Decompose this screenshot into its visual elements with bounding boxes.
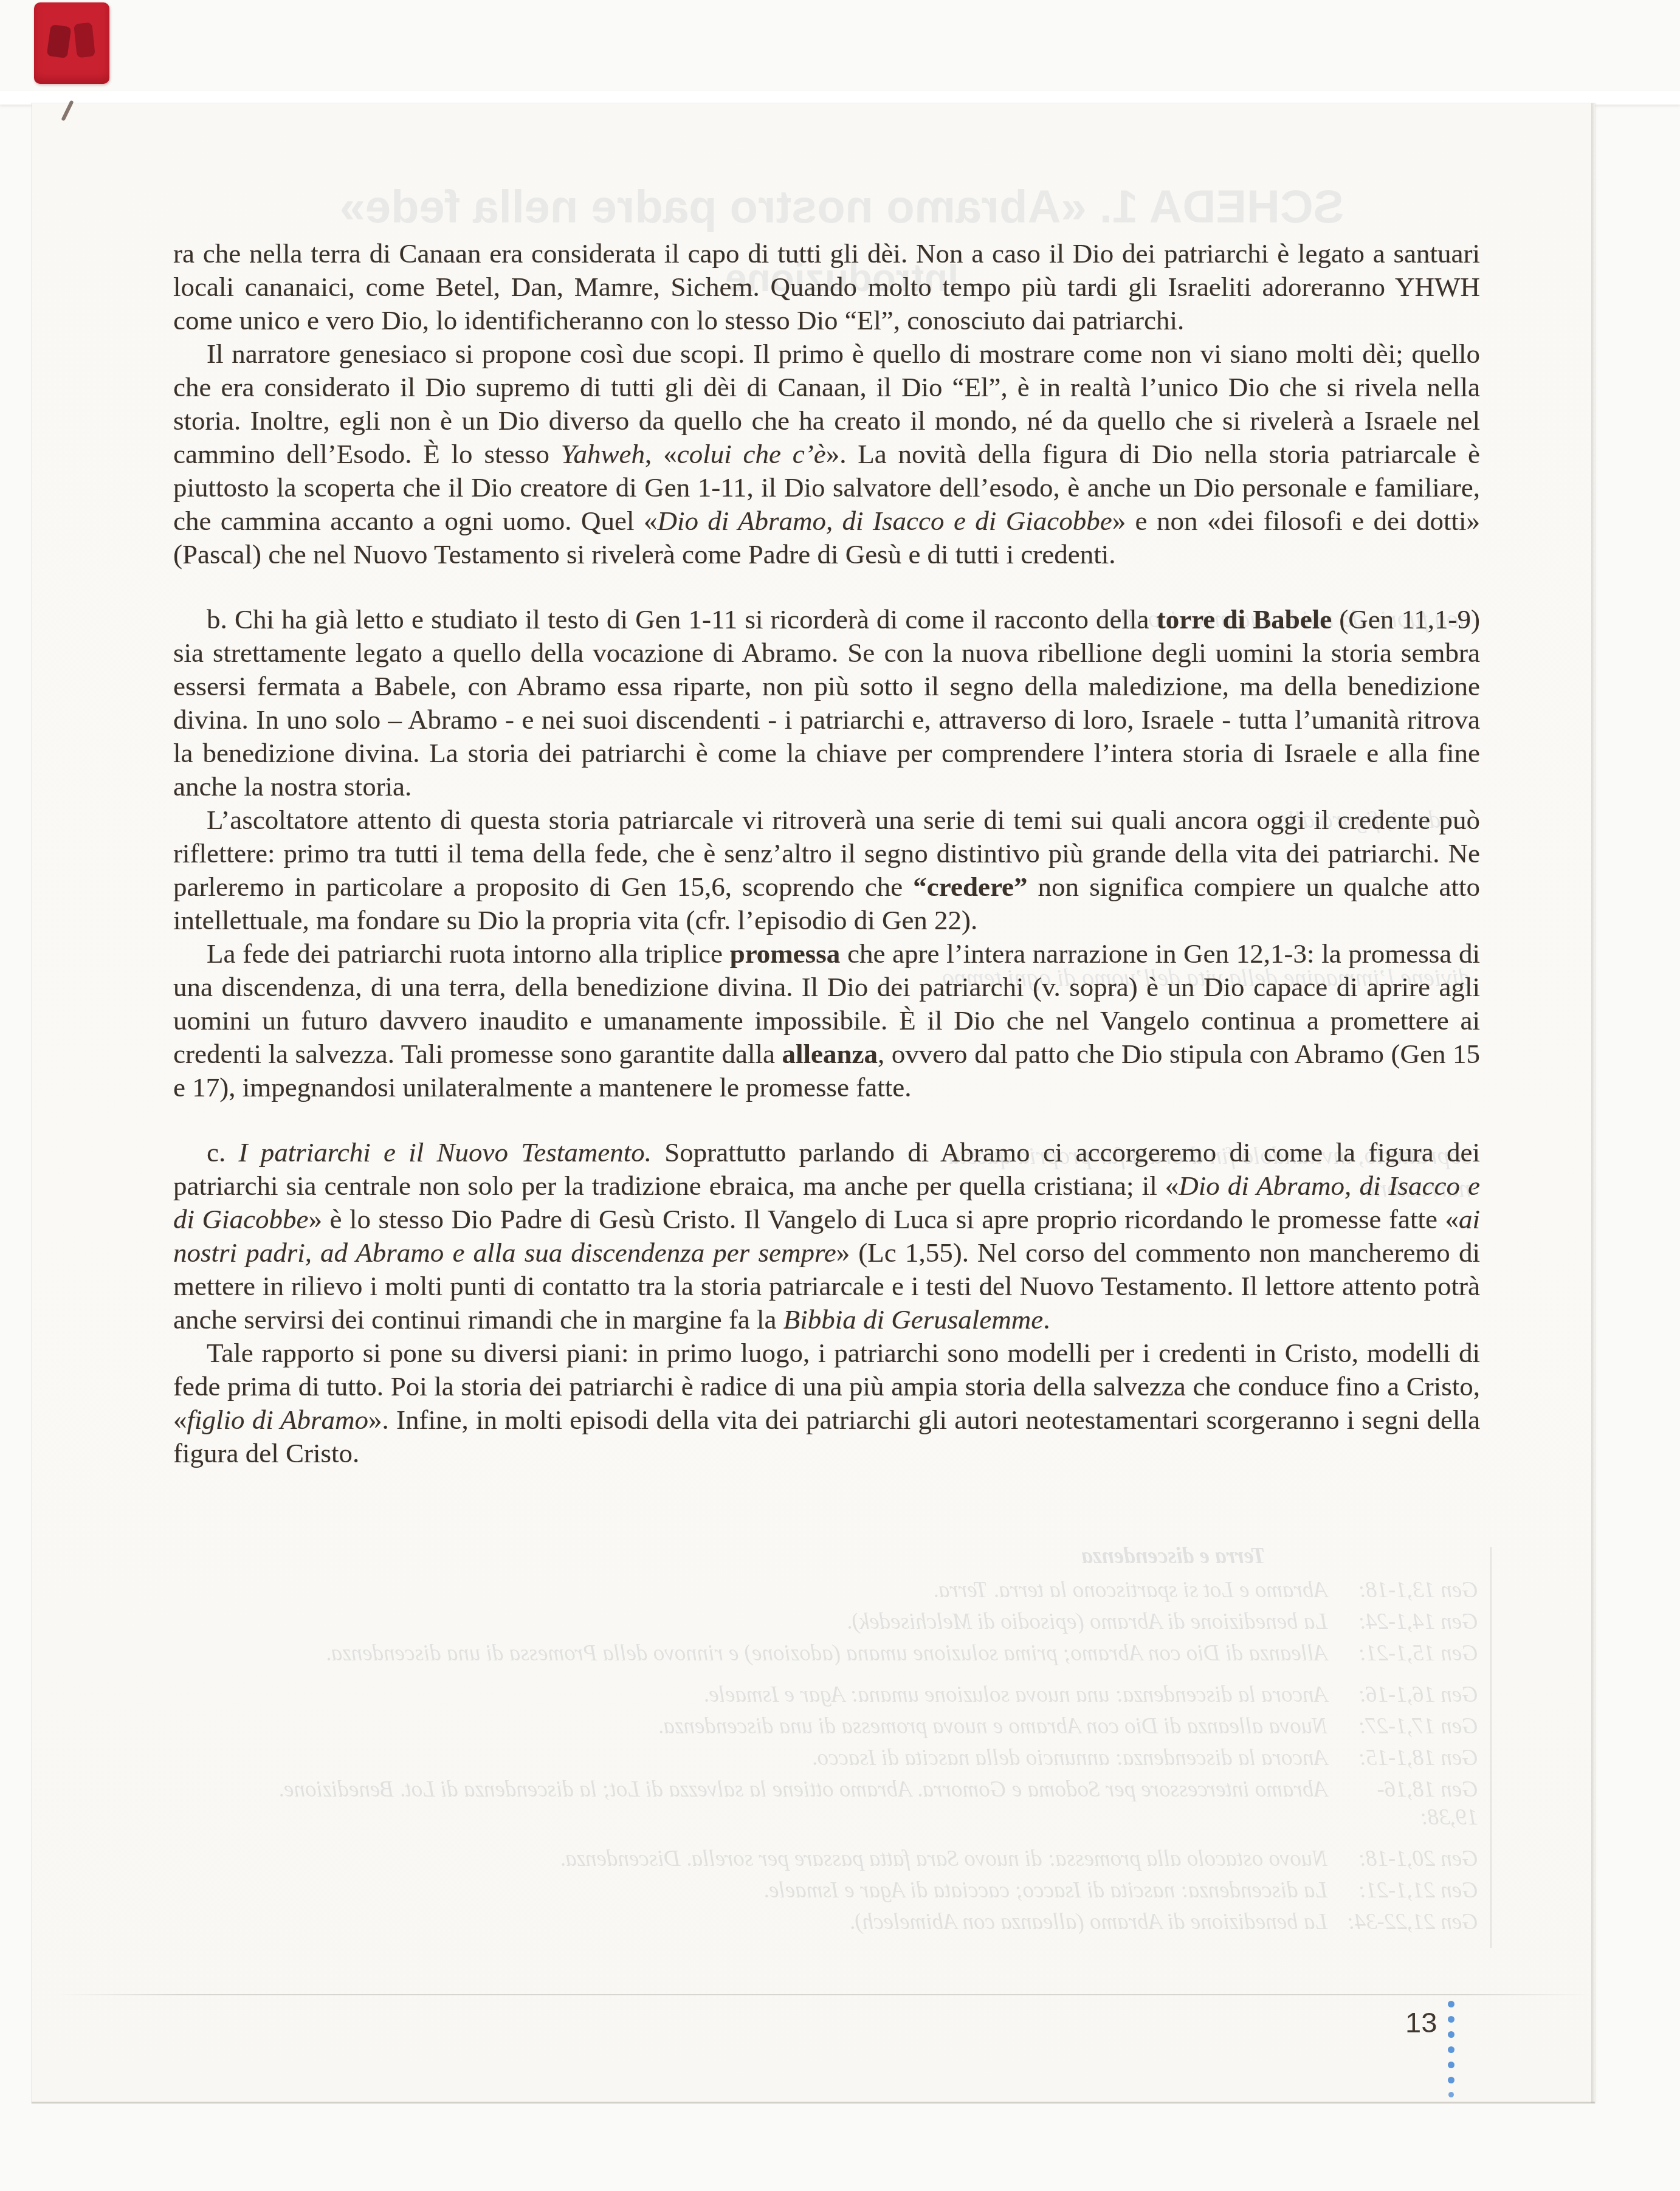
- page-edge-dot: [1448, 2046, 1455, 2053]
- article: ra che nella terra di Canaan era conside…: [173, 237, 1480, 1470]
- page-edge-dots: [1448, 2001, 1455, 2097]
- bleed-table-ref: Gen 15,1-21:: [1344, 1640, 1478, 1668]
- bleed-table-desc: Abramo e Lot si spartiscono la terra. Te…: [207, 1577, 1344, 1605]
- page-bottom-edge: [32, 2102, 1595, 2103]
- page-edge-dot: [1448, 2001, 1455, 2007]
- bleed-table-ref: Gen 21,1-21:: [1344, 1877, 1478, 1905]
- bleed-table-ref: Gen 18,1-15:: [1344, 1744, 1478, 1772]
- bleed-table-ref: Gen 20,1-18:: [1344, 1845, 1478, 1873]
- page-edge-dot: [1448, 2092, 1454, 2097]
- page-right-edge-shadow: [1591, 103, 1599, 2103]
- red-bookmark-tab-icon: [34, 2, 109, 84]
- bleed-table-ref: Gen 16,1-16:: [1344, 1681, 1478, 1709]
- bleed-table-body: Gen 13,1-18:Abramo e Lot si spartiscono …: [207, 1577, 1478, 1936]
- bleedthrough-header-title: SCHEDA 1. «Abramo nostro padre nella fed…: [201, 181, 1483, 233]
- page-edge-dot: [1448, 2031, 1455, 2038]
- paragraph: ra che nella terra di Canaan era conside…: [173, 237, 1480, 337]
- paragraph: Tale rapporto si pone su diversi piani: …: [173, 1336, 1480, 1470]
- paragraph: Il narratore genesiaco si propone così d…: [173, 337, 1480, 571]
- page-edge-dot: [1448, 2062, 1455, 2068]
- paragraph: c. I patriarchi e il Nuovo Testamento. S…: [173, 1136, 1480, 1336]
- bleed-table-row: Gen 15,1-21:Alleanza di Dio con Abramo; …: [207, 1640, 1478, 1668]
- bleed-table-desc: La discendenza: nascita di Isacco; cacci…: [207, 1877, 1344, 1905]
- page-edge-dot: [1448, 2077, 1455, 2083]
- page-crease-line: [58, 1994, 1589, 1995]
- bleedthrough-table: Terra e discendenza Gen 13,1-18:Abramo e…: [207, 1543, 1478, 1936]
- bleed-table-row: Gen 17,1-27:Nuova alleanza di Dio con Ab…: [207, 1713, 1478, 1741]
- bleed-table-ref: Gen 18,16-19,38:: [1344, 1776, 1478, 1832]
- bleed-table-row: Gen 18,16-19,38:Abramo intercessore per …: [207, 1776, 1478, 1832]
- bleed-table-ref: Gen 17,1-27:: [1344, 1713, 1478, 1741]
- bleed-table-ref: Gen 21,22-34:: [1344, 1908, 1478, 1936]
- bleed-table-row: Gen 13,1-18:Abramo e Lot si spartiscono …: [207, 1577, 1478, 1605]
- bleed-table-desc: Abramo intercessore per Sodoma e Gomorra…: [207, 1776, 1344, 1832]
- paragraph: La fede dei patriarchi ruota intorno all…: [173, 937, 1480, 1104]
- bleed-table-desc: Ancora la discendenza: annuncio della na…: [207, 1744, 1344, 1772]
- bleed-table-row: Gen 14,1-24:La benedizione di Abramo (ep…: [207, 1608, 1478, 1636]
- page-edge-dot: [1448, 2016, 1455, 2023]
- paragraph: b. Chi ha già letto e studiato il testo …: [173, 603, 1480, 803]
- bleed-table-desc: Nuova alleanza di Dio con Abramo e nuova…: [207, 1713, 1344, 1741]
- bleed-table-row: Gen 18,1-15:Ancora la discendenza: annun…: [207, 1744, 1478, 1772]
- paragraph: L’ascoltatore attento di questa storia p…: [173, 803, 1480, 937]
- bleed-table-desc: Alleanza di Dio con Abramo; prima soluzi…: [207, 1640, 1344, 1668]
- bleed-table-row: Gen 20,1-18:Nuovo ostacolo alla promessa…: [207, 1845, 1478, 1873]
- page-number: 13: [1405, 2006, 1437, 2039]
- bleed-table-desc: Ancora la discendenza: una nuova soluzio…: [207, 1681, 1344, 1709]
- bleed-table-desc: La benedizione di Abramo (episodio di Me…: [207, 1608, 1344, 1636]
- bleed-table-ref: Gen 13,1-18:: [1344, 1577, 1478, 1605]
- bleed-table-row: Gen 16,1-16:Ancora la discendenza: una n…: [207, 1681, 1478, 1709]
- bleed-table-desc: La benedizione di Abramo (alleanza con A…: [207, 1908, 1344, 1936]
- bleedthrough-table-heading: Terra e discendenza: [207, 1543, 1265, 1570]
- page-top-edge-highlight: [0, 91, 1680, 105]
- bleed-table-row: Gen 21,1-21:La discendenza: nascita di I…: [207, 1877, 1478, 1905]
- bleed-table-ref: Gen 14,1-24:: [1344, 1608, 1478, 1636]
- bleedthrough-table-border: [1490, 1547, 1492, 1948]
- bleed-table-row: Gen 21,22-34:La benedizione di Abramo (a…: [207, 1908, 1478, 1936]
- bleed-table-desc: Nuovo ostacolo alla promessa: di nuovo S…: [207, 1845, 1344, 1873]
